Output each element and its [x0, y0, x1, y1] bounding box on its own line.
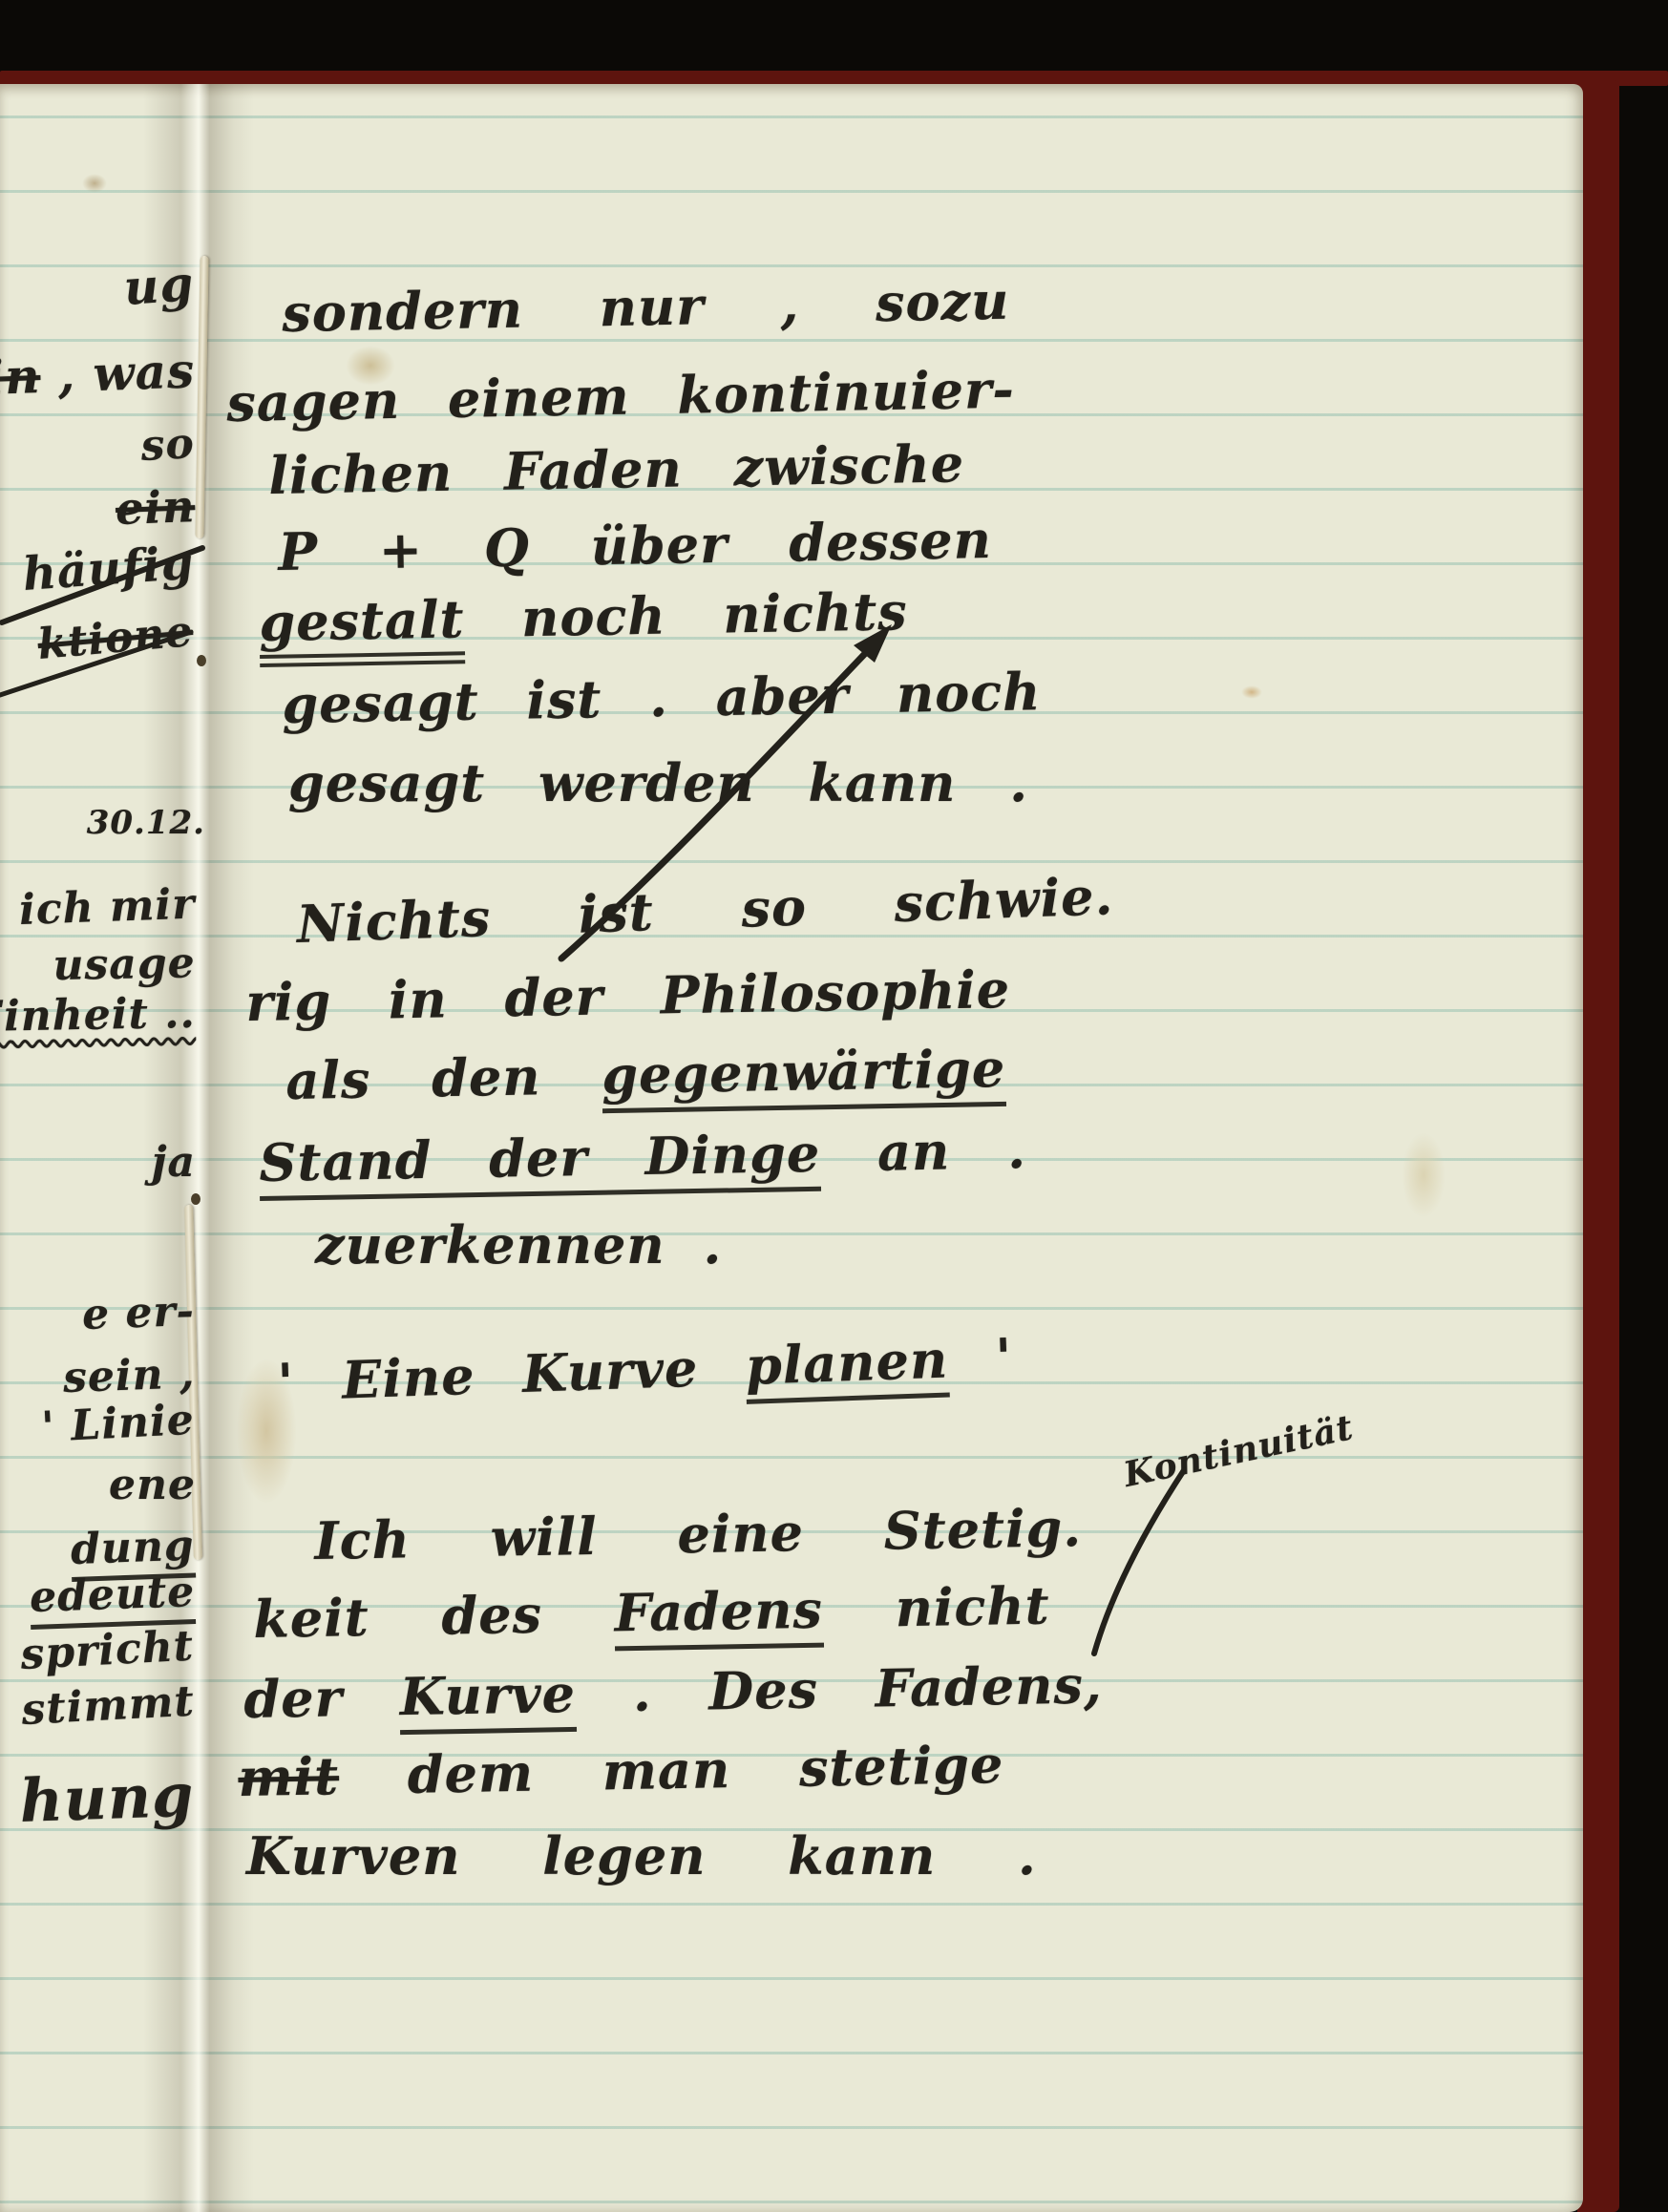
- handwritten-text: ja: [152, 1138, 196, 1187]
- handwritten-line: stimmt: [20, 1677, 196, 1735]
- handwritten-text: keit des: [253, 1582, 615, 1650]
- handwritten-text: Einheit ..: [0, 989, 196, 1042]
- handwritten-text: edeute: [29, 1568, 196, 1630]
- handwritten-text: P + Q über dessen: [278, 509, 992, 582]
- handwritten-text: spricht: [20, 1622, 196, 1679]
- handwritten-text: ' Linie: [40, 1396, 196, 1452]
- handwritten-text: mit: [238, 1745, 340, 1808]
- handwritten-line: ja: [152, 1138, 196, 1187]
- handwritten-line: usage: [53, 938, 196, 990]
- handwritten-text: ug: [122, 255, 196, 316]
- handwritten-text: in: [0, 348, 41, 406]
- notebook-scan: ugin , wassoeinhäufigktione30.12.ich mir…: [0, 0, 1668, 2212]
- handwritten-text: ein: [115, 480, 196, 535]
- handwritten-line: P + Q über dessen: [278, 509, 992, 582]
- handwritten-text: als den: [285, 1044, 602, 1111]
- handwritten-text: Kurven legen kann .: [246, 1825, 1037, 1886]
- handwritten-line: ein: [115, 480, 196, 535]
- handwritten-line: spricht: [20, 1622, 196, 1679]
- handwritten-line: Kurven legen kann .: [246, 1825, 1037, 1886]
- handwritten-text: sein ,: [62, 1349, 196, 1402]
- handwritten-line: gesagt werden kann .: [288, 752, 1028, 813]
- handwritten-line: Einheit ..: [0, 989, 196, 1042]
- handwritten-text: nicht: [822, 1574, 1050, 1639]
- handwritten-text: hung: [19, 1760, 196, 1836]
- book-cover-right-edge: [1577, 80, 1619, 2212]
- handwritten-text: der: [243, 1666, 400, 1730]
- handwritten-text: stimmt: [20, 1677, 196, 1735]
- handwritten-text: zuerkennen .: [315, 1214, 722, 1275]
- handwritten-line: edeute: [29, 1568, 196, 1622]
- handwritten-line: so: [139, 419, 196, 471]
- handwritten-text: gesagt werden kann .: [288, 752, 1028, 813]
- handwritten-text: ': [947, 1326, 1014, 1389]
- handwritten-text: ich mir: [18, 880, 196, 935]
- handwritten-line: ene: [109, 1461, 196, 1509]
- handwritten-text: . Des Fadens,: [575, 1654, 1103, 1724]
- handwritten-text: 30.12.: [87, 804, 205, 842]
- handwritten-line: hung: [19, 1760, 196, 1836]
- handwritten-text: usage: [53, 938, 196, 990]
- handwritten-line: dung: [71, 1522, 196, 1574]
- handwritten-text: e er-: [81, 1287, 195, 1339]
- handwritten-text: lichen Faden zwische: [268, 432, 965, 506]
- handwritten-text: gegenwärtige: [602, 1038, 1006, 1113]
- handwritten-line: gestalt noch nichts: [259, 580, 908, 653]
- handwritten-text: sondern nur , sozu: [282, 270, 1010, 344]
- handwritten-text: Stetig.: [883, 1497, 1082, 1562]
- handwritten-text: Fadens: [614, 1579, 823, 1652]
- handwritten-text: planen: [745, 1329, 950, 1404]
- handwritten-line: lichen Faden zwische: [268, 432, 965, 506]
- handwritten-line: sein ,: [62, 1349, 196, 1402]
- handwritten-text: gestalt: [259, 588, 465, 667]
- handwritten-line: zuerkennen .: [315, 1214, 722, 1275]
- handwritten-text: Kurve: [399, 1663, 576, 1735]
- stitch-hole-top: [197, 655, 206, 666]
- handwritten-text: noch nichts: [464, 580, 908, 649]
- handwritten-text: an .: [820, 1119, 1027, 1184]
- handwritten-line: in , was: [0, 342, 196, 406]
- handwritten-line: als den gegenwärtige: [285, 1038, 1006, 1111]
- handwritten-text: Stand der Dinge: [259, 1123, 821, 1201]
- handwritten-text: ene: [109, 1461, 196, 1509]
- handwritten-text: so: [139, 419, 196, 471]
- handwritten-line: ug: [122, 255, 196, 316]
- handwritten-text: Ich will eine: [314, 1501, 884, 1571]
- handwritten-line: e er-: [81, 1287, 195, 1339]
- stitch-hole-bottom: [191, 1193, 201, 1205]
- handwritten-line: ich mir: [18, 880, 196, 935]
- handwritten-line: sondern nur , sozu: [282, 270, 1010, 344]
- handwritten-text: , was: [39, 342, 196, 404]
- handwritten-text: dem man stetige: [338, 1734, 1003, 1806]
- handwritten-line: 30.12.: [87, 804, 205, 842]
- handwritten-line: ' Linie: [40, 1396, 196, 1452]
